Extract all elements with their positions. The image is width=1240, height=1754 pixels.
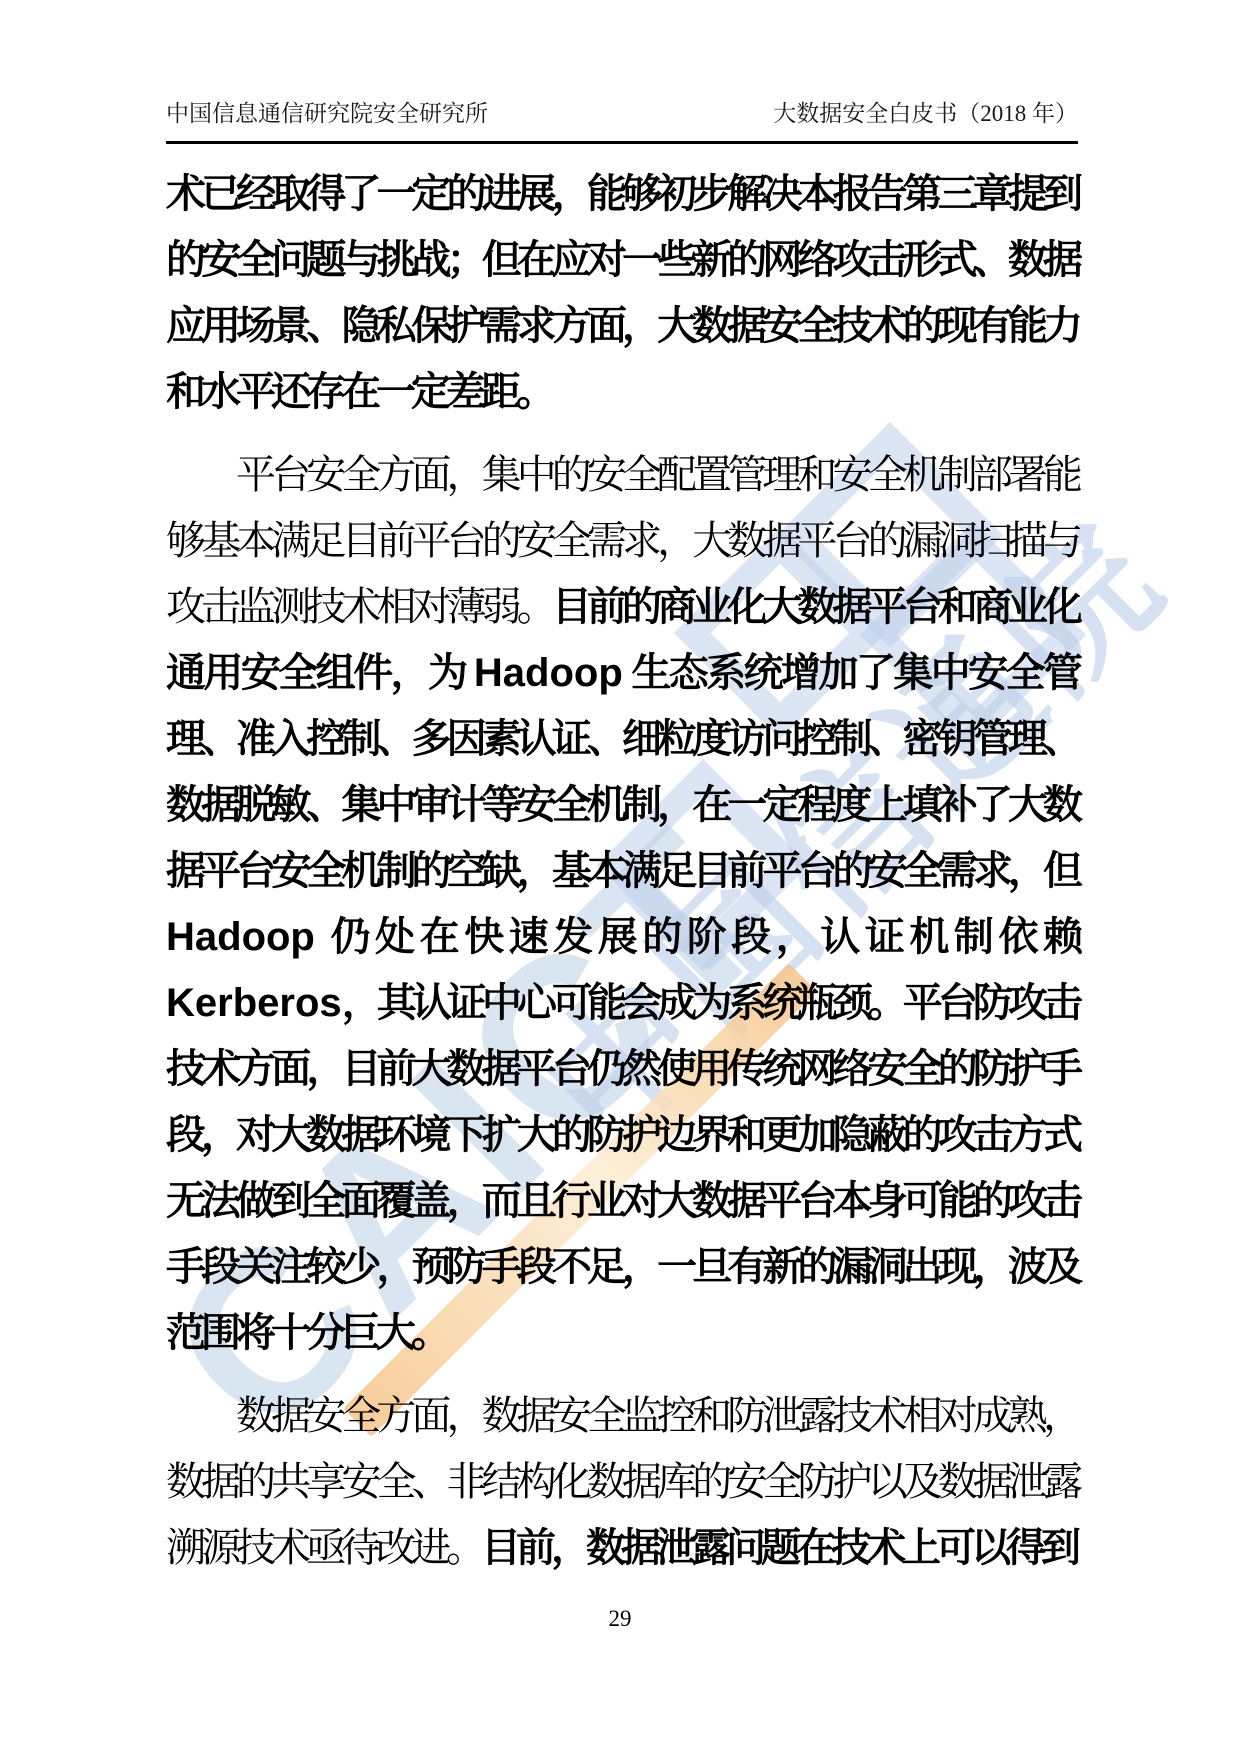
text-run-hei: 目前的商业化大数据平台和商业化通用安全组件，为 Hadoop 生态系统增加了集中… xyxy=(166,585,1078,1355)
document-page: 中国信通院 CAICT 中国信息通信研究院安全研究所 大数据安全白皮书（2018… xyxy=(0,0,1240,1754)
page-header: 中国信息通信研究院安全研究所 大数据安全白皮书（2018 年） xyxy=(166,95,1078,144)
header-right-title: 大数据安全白皮书（2018 年） xyxy=(773,95,1078,128)
paragraph: 平台安全方面，集中的安全配置管理和安全机制部署能够基本满足目前平台的安全需求，大… xyxy=(166,442,1078,1366)
body-text: 术已经取得了一定的进展，能够初步解决本报告第三章提到的安全问题与挑战；但在应对一… xyxy=(166,161,1078,1581)
paragraph: 术已经取得了一定的进展，能够初步解决本报告第三章提到的安全问题与挑战；但在应对一… xyxy=(166,161,1078,425)
page-number: 29 xyxy=(0,1606,1240,1632)
text-run-hei: 目前，数据泄露问题在技术上可以得到 xyxy=(481,1526,1076,1570)
paragraph: 数据安全方面，数据安全监控和防泄露技术相对成熟，数据的共享安全、非结构化数据库的… xyxy=(166,1383,1078,1581)
header-left-title: 中国信息通信研究院安全研究所 xyxy=(166,95,488,128)
text-run-hei: 术已经取得了一定的进展，能够初步解决本报告第三章提到的安全问题与挑战；但在应对一… xyxy=(166,172,1078,414)
